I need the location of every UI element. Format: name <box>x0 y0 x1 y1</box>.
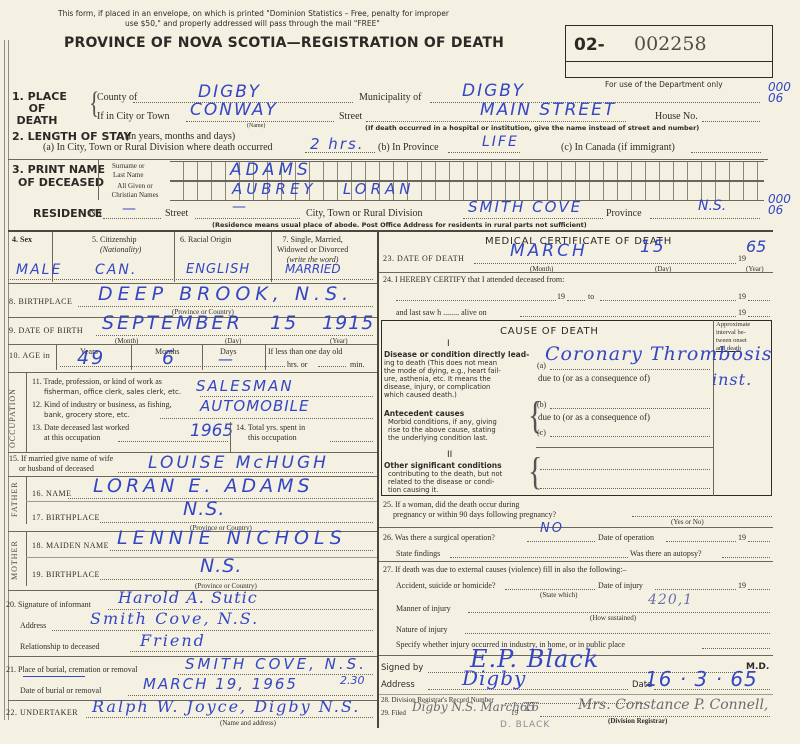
injury-date-label: Date of injury <box>598 581 643 590</box>
stay-canada-field[interactable] <box>691 152 761 153</box>
age-years-value[interactable]: 49 <box>77 347 105 369</box>
residence-street-value[interactable]: — <box>232 199 248 215</box>
age-hrs-label: hrs. or <box>287 360 307 369</box>
industry-value[interactable]: AUTOMOBILE <box>200 397 310 415</box>
nature-of-injury-field[interactable] <box>465 633 770 634</box>
deceased-name-label: 3. PRINT NAME OF DECEASED <box>12 163 105 189</box>
specify-location-field[interactable] <box>702 648 770 649</box>
house-no-label: House No. <box>655 111 698 122</box>
cause-c-label: (c) <box>537 428 546 437</box>
name-hint: (Name) <box>247 123 265 129</box>
relationship-value[interactable]: Friend <box>140 631 206 650</box>
physician-address-value[interactable]: Digby <box>462 666 526 690</box>
date-of-death-century: 19 <box>738 254 746 263</box>
pregnancy-question: 25. If a woman, did the death occur duri… <box>383 500 556 520</box>
physician-address-label: Address <box>381 680 415 690</box>
residence-province-label: Province <box>606 208 642 219</box>
county-label: County of <box>97 92 137 103</box>
accident-field[interactable] <box>505 589 595 590</box>
nature-of-injury-label: Nature of injury <box>396 625 448 634</box>
state-findings-label: State findings <box>396 549 440 558</box>
death-registration-form: This form, if placed in an envelope, on … <box>0 0 800 744</box>
pregnancy-field[interactable] <box>632 516 772 517</box>
total-years-label: 14. Total yrs. spent in this occupation <box>236 423 305 443</box>
surgical-operation-label: 26. Was there a surgical operation? <box>383 533 495 542</box>
state-findings-field[interactable] <box>450 557 628 558</box>
informant-address-value[interactable]: Smith Cove, N.S. <box>90 609 259 628</box>
certify-label: 24. I HEREBY CERTIFY that I attended dec… <box>383 275 564 284</box>
residence-no-label: No <box>89 208 101 219</box>
due-to-label-b: due to (or as a consequence of) <box>538 412 650 422</box>
street-label: Street <box>339 111 362 122</box>
burial-date-value[interactable]: MARCH 19, 1965 <box>143 675 298 693</box>
undertaker-hint: (Name and address) <box>220 719 276 727</box>
state-which-hint: (State which) <box>540 591 578 599</box>
municipality-value[interactable]: DIGBY <box>462 81 525 101</box>
postal-notice-line2: use $50," and properly addressed will pa… <box>125 19 380 28</box>
dob-year-value[interactable]: 1915 <box>322 312 374 334</box>
cause-b-field[interactable] <box>550 408 710 409</box>
last-saw-label: and last saw h ........ alive on <box>396 308 487 317</box>
how-sustained-hint: (How sustained) <box>590 614 636 622</box>
cause-b-label: (b) <box>537 400 546 409</box>
burial-place-label: 21. Place of burial, cremation or remova… <box>6 665 138 674</box>
undertaker-label: 22. UNDERTAKER <box>6 708 78 717</box>
signed-by-label: Signed by <box>381 663 423 673</box>
residence-street-label: Street <box>165 208 188 219</box>
given-names-value[interactable]: AUBREY LORAN <box>232 180 415 198</box>
left-border <box>4 40 5 720</box>
accident-label: Accident, suicide or homicide? <box>396 581 496 590</box>
external-causes-label: 27. If death was due to external causes … <box>383 565 626 574</box>
age-min-label: min. <box>350 360 364 369</box>
city-label: If in City or Town <box>97 111 169 122</box>
antecedent-causes-description: Antecedent causes Morbid conditions, if … <box>384 410 497 442</box>
registration-number-box: 02- 002258 <box>565 25 773 78</box>
sex-label: 4. Sex <box>12 235 32 244</box>
residence-province-value[interactable]: N.S. <box>698 198 726 214</box>
date-of-death-month[interactable]: MARCH <box>510 241 588 261</box>
left-border-inner <box>8 40 9 720</box>
registrar-stamp: D. BLACK <box>500 720 550 730</box>
operation-date-label: Date of operation <box>598 533 654 542</box>
street-value[interactable]: MAIN STREET <box>480 100 616 120</box>
father-name-label: 16. NAME <box>32 489 72 498</box>
autopsy-field[interactable] <box>722 557 770 558</box>
marital-status-value[interactable]: MARRIED <box>285 262 341 276</box>
part-two-label: II <box>447 450 452 460</box>
residence-city-label: City, Town or Rural Division <box>306 208 423 219</box>
mother-maiden-name-value[interactable]: LENNIE NICHOLS <box>117 527 347 549</box>
other-conditions-field-1[interactable] <box>540 469 710 470</box>
citizenship-value[interactable]: CAN. <box>95 262 137 278</box>
date-of-birth-label: 9. DATE OF BIRTH <box>9 326 83 335</box>
stay-province-value[interactable]: LIFE <box>482 134 519 150</box>
other-conditions-description: Other significant conditions contributin… <box>384 462 502 494</box>
residence-no-value[interactable]: — <box>122 201 138 217</box>
last-worked-label: 13. Date deceased last worked at this oc… <box>32 423 129 443</box>
to-label: to <box>588 292 594 301</box>
occupation-side-label: OCCUPATION <box>8 388 17 448</box>
birthplace-label: 8. BIRTHPLACE <box>9 297 72 306</box>
center-divider <box>377 231 379 728</box>
date-of-death-label: 23. DATE OF DEATH <box>383 254 464 263</box>
birthplace-value[interactable]: DEEP BROOK, N.S. <box>98 283 353 305</box>
trade-value[interactable]: SALESMAN <box>196 377 294 395</box>
father-birthplace-value[interactable]: N.S. <box>183 498 225 520</box>
total-years-field[interactable] <box>330 441 373 442</box>
trade-label: 11. Trade, profession, or kind of work a… <box>32 377 181 397</box>
cause-of-death-title: CAUSE OF DEATH <box>500 326 599 337</box>
manner-of-injury-label: Manner of injury <box>396 604 451 613</box>
age-months-value[interactable]: 6 <box>162 347 176 369</box>
length-of-stay-hint: (in years, months and days) <box>125 131 235 142</box>
residence-city-value[interactable]: SMITH COVE <box>468 198 582 216</box>
burial-place-value[interactable]: SMITH COVE, N.S. <box>185 655 367 673</box>
municipality-label: Municipality of <box>359 92 422 103</box>
manner-of-injury-field[interactable] <box>468 612 770 613</box>
surname-label: Surname or Last Name <box>112 162 144 180</box>
other-conditions-field-2[interactable] <box>540 488 710 489</box>
cause-a-value[interactable]: Coronary Thrombosis <box>545 343 773 365</box>
father-birthplace-label: 17. BIRTHPLACE <box>32 513 100 522</box>
dob-day-value[interactable]: 15 <box>270 312 298 334</box>
filed-label: 29. Filed <box>381 709 406 717</box>
stay-canada-label: (c) In Canada (if immigrant) <box>561 142 675 153</box>
burial-date-label: Date of burial or removal <box>20 686 101 695</box>
citizenship-label: 5. Citizenship (Nationality) <box>92 235 141 255</box>
date-of-death-day[interactable]: 15 <box>640 237 666 257</box>
relationship-label: Relationship to deceased <box>20 642 100 651</box>
mother-maiden-name-label: 18. MAIDEN NAME <box>32 541 109 550</box>
spouse-label: 15. If married give name of wife or husb… <box>9 454 113 474</box>
mother-side-label: MOTHER <box>10 540 19 580</box>
informant-address-label: Address <box>20 621 46 630</box>
registrar-name: Mrs. Constance P. Connell, <box>578 697 768 713</box>
due-to-label-a: due to (or as a consequence of) <box>538 373 650 383</box>
surgical-operation-value[interactable]: NO <box>540 521 564 536</box>
postal-notice-line1: This form, if placed in an envelope, on … <box>58 9 449 18</box>
mother-birthplace-value[interactable]: N.S. <box>200 555 242 577</box>
yes-no-hint: (Yes or No) <box>671 518 704 526</box>
stay-city-label: (a) In City, Town or Rural Division wher… <box>43 142 273 153</box>
part-one-label: I <box>447 339 450 349</box>
age-label: 10. AGE in <box>9 351 50 360</box>
autopsy-label: Was there an autopsy? <box>630 549 702 558</box>
cause-a-interval[interactable]: inst. <box>712 370 752 389</box>
manner-code: 420,1 <box>648 592 693 608</box>
margin-code-1: 000 06 <box>768 82 791 104</box>
cause-c-field[interactable] <box>550 436 710 437</box>
residence-hint: (Residence means usual place of abode. P… <box>212 221 587 229</box>
racial-origin-label: 6. Racial Origin <box>180 235 231 244</box>
department-only-label: For use of the Department only <box>605 80 723 89</box>
marital-status-label: 7. Single, Married, Widowed or Divorced … <box>277 235 348 265</box>
registrar-hint: (Division Registrar) <box>608 717 667 725</box>
hospital-hint: (If death occurred in a hospital or inst… <box>365 124 699 132</box>
informant-signature-label: 20. Signature of informant <box>6 600 91 609</box>
place-of-death-label: 1. PLACE OF DEATH <box>12 91 62 127</box>
last-worked-value[interactable]: 1965 <box>190 421 233 441</box>
filed-year: 65 <box>520 700 535 714</box>
margin-code-2: 000 06 <box>768 194 791 216</box>
father-name-value[interactable]: LORAN E. ADAMS <box>93 475 314 497</box>
registration-number: 002258 <box>634 33 707 55</box>
informant-signature-value[interactable]: Harold A. Sutic <box>118 588 258 607</box>
mother-birthplace-label: 19. BIRTHPLACE <box>32 570 100 579</box>
city-value[interactable]: CONWAY <box>190 100 278 120</box>
stay-city-value[interactable]: 2 hrs. <box>310 135 365 153</box>
father-side-label: FATHER <box>10 481 19 517</box>
surname-value[interactable]: ADAMS <box>230 160 312 180</box>
stay-province-label: (b) In Province <box>378 142 439 153</box>
registration-prefix: 02- <box>574 35 605 55</box>
county-value[interactable]: DIGBY <box>198 82 261 102</box>
burial-time-value[interactable]: 2.30 <box>340 674 365 687</box>
given-names-label: All Given or Christian Names <box>100 182 170 200</box>
signature-date-value[interactable]: 16 · 3 · 65 <box>645 667 758 691</box>
racial-origin-value[interactable]: ENGLISH <box>186 262 250 277</box>
spouse-value[interactable]: LOUISE McHUGH <box>148 453 329 473</box>
dob-month-value[interactable]: SEPTEMBER <box>102 312 243 334</box>
industry-label: 12. Kind of industry or business, as fis… <box>32 400 172 420</box>
age-less-than-day-label: If less than one day old <box>268 347 342 356</box>
page-title: PROVINCE OF NOVA SCOTIA—REGISTRATION OF … <box>64 35 504 51</box>
age-days-value[interactable]: — <box>218 350 235 368</box>
date-of-death-year[interactable]: 65 <box>746 237 766 256</box>
house-no-field[interactable] <box>702 121 760 122</box>
direct-cause-description: Disease or condition directly lead- ing … <box>384 351 529 399</box>
sex-value[interactable]: MALE <box>16 262 62 278</box>
undertaker-value[interactable]: Ralph W. Joyce, Digby N.S. <box>92 697 360 716</box>
